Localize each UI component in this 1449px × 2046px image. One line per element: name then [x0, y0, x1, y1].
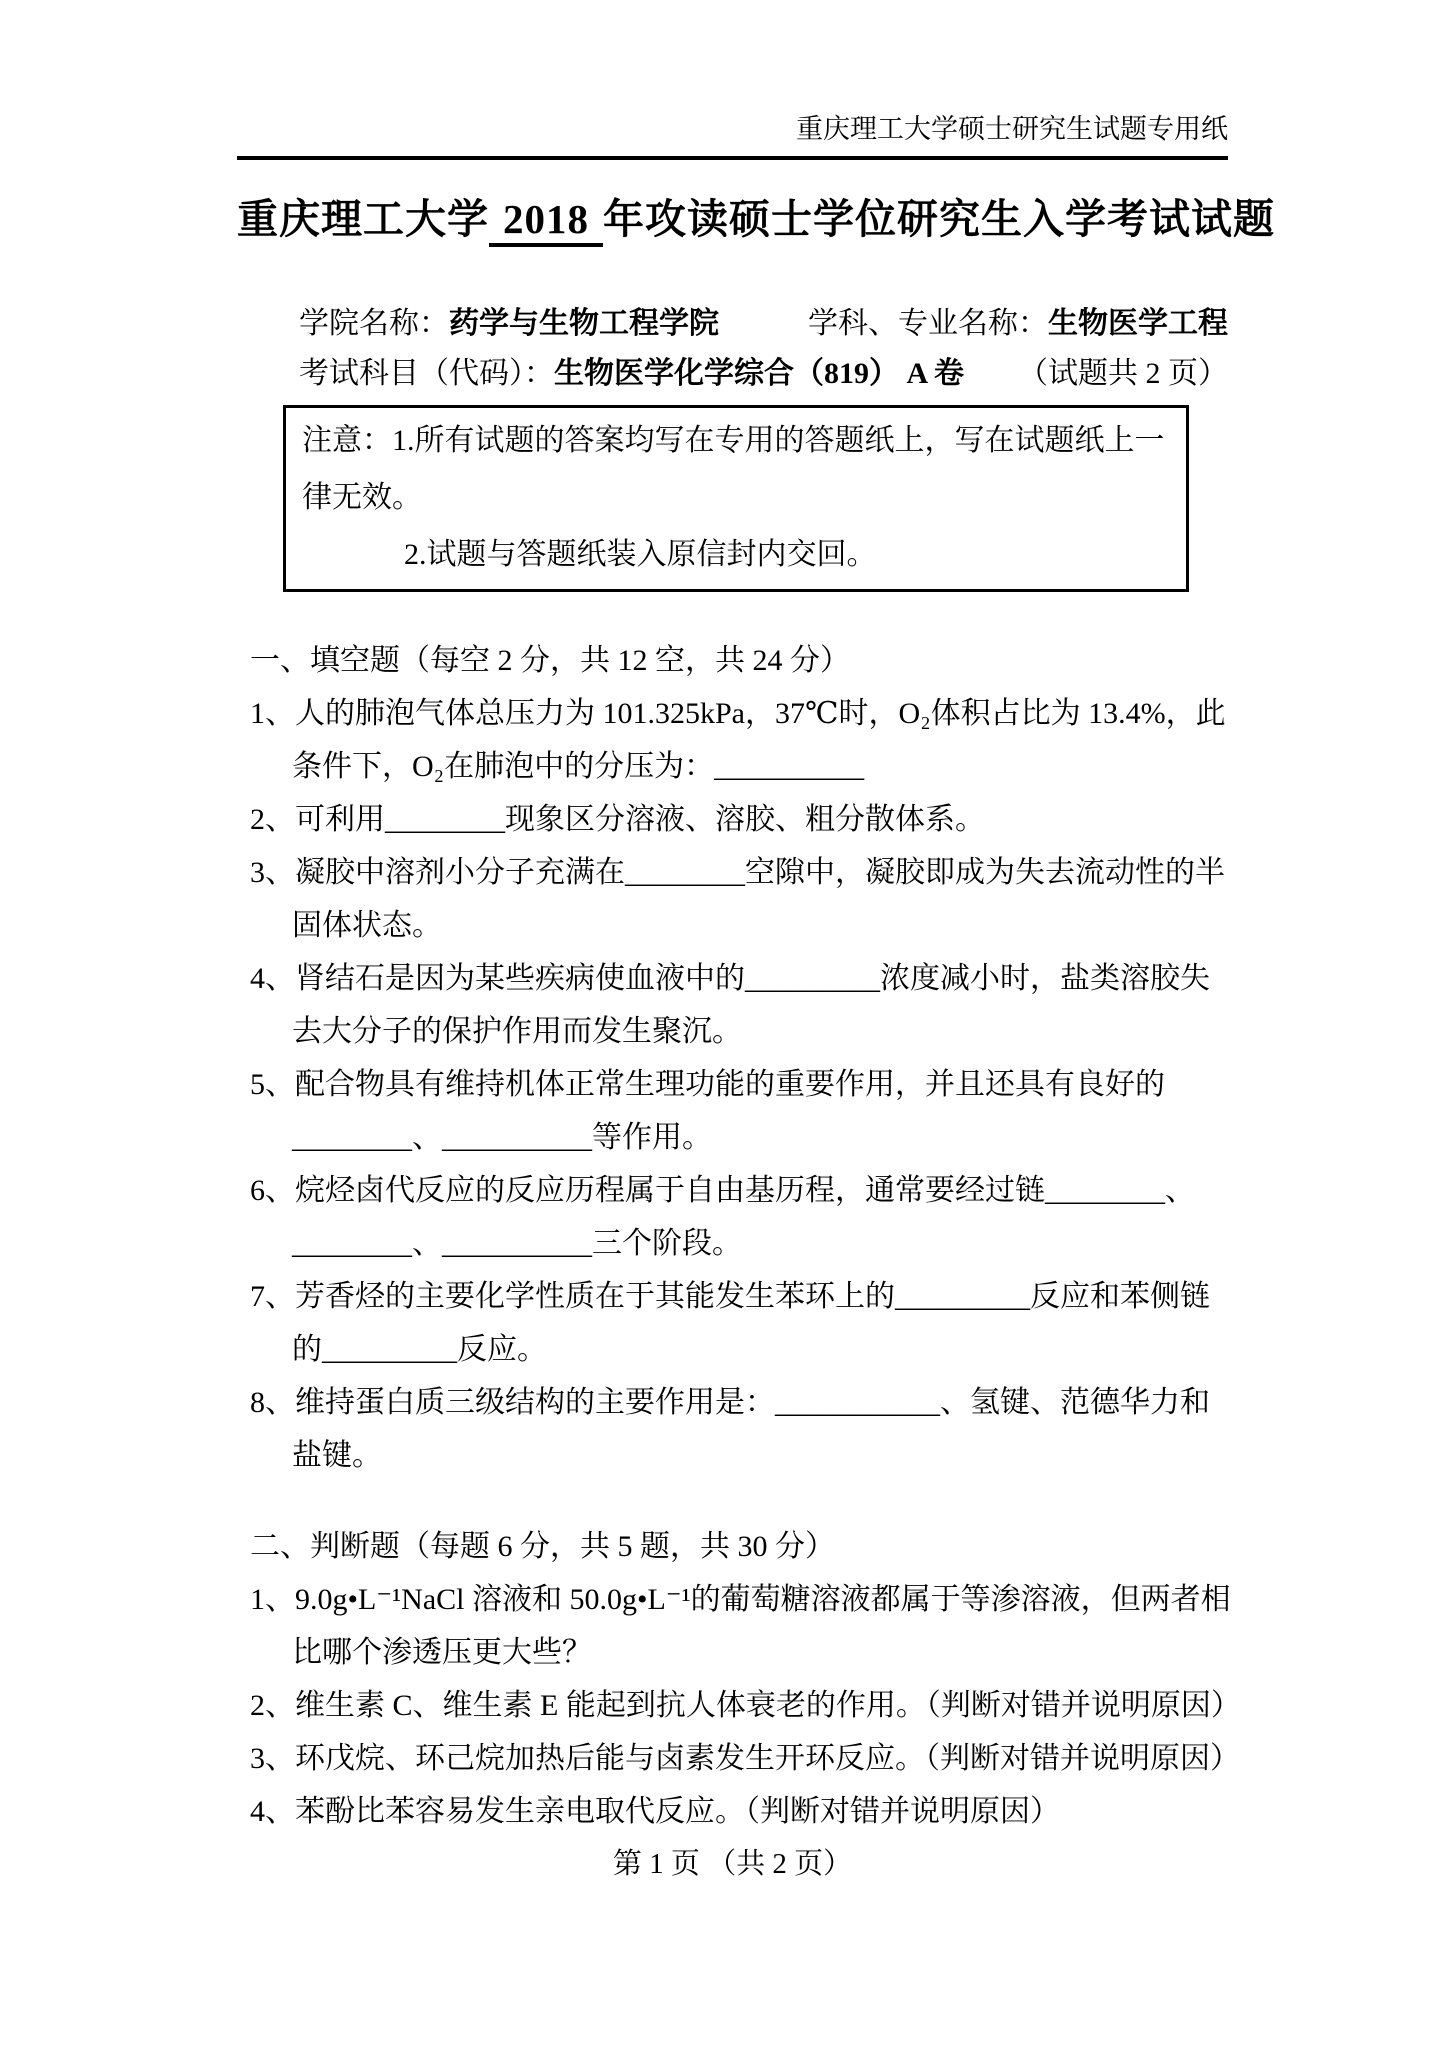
judgement-question-3: 3、环戊烷、环己烷加热后能与卤素发生开环反应。（判断对错并说明原因）: [237, 1732, 1228, 1785]
fill-blank-question-6: 6、烷烃卤代反应的反应历程属于自由基历程，通常要经过链________、 ___…: [237, 1164, 1228, 1270]
notice-line-3: 2.试题与答题纸装入原信封内交回。: [302, 526, 1168, 583]
college-pair: 学院名称：药学与生物工程学院: [299, 299, 719, 349]
major-pair: 学科、专业名称：生物医学工程: [808, 299, 1228, 349]
major-value: 生物医学工程: [1048, 307, 1228, 340]
subject-label: 考试科目（代码）：: [299, 357, 554, 390]
question-line: 7、芳香烃的主要化学性质在于其能发生苯环上的_________反应和苯侧链: [250, 1270, 1228, 1323]
question-line: 盐键。: [292, 1429, 1228, 1482]
question-line: 5、配合物具有维持机体正常生理功能的重要作用，并且还具有良好的: [250, 1058, 1228, 1111]
fill-blank-question-5: 5、配合物具有维持机体正常生理功能的重要作用，并且还具有良好的 ________…: [237, 1058, 1228, 1164]
section-1-heading: 一、填空题（每空 2 分，共 12 空，共 24 分）: [250, 634, 1228, 687]
question-line: 8、维持蛋白质三级结构的主要作用是：___________、氢键、范德华力和: [250, 1376, 1228, 1429]
title-year-underlined: 2018: [489, 197, 603, 247]
subject-value: 生物医学化学综合（819） A 卷: [554, 357, 964, 390]
notice-line-2: 律无效。: [302, 469, 1168, 526]
judgement-question-1: 1、9.0g•L⁻¹NaCl 溶液和 50.0g•L⁻¹的葡萄糖溶液都属于等渗溶…: [237, 1573, 1228, 1679]
fill-blank-question-4: 4、肾结石是因为某些疾病使血液中的_________浓度减小时，盐类溶胶失 去大…: [237, 952, 1228, 1058]
question-line: 的_________反应。: [292, 1323, 1228, 1376]
question-line: 固体状态。: [292, 899, 1228, 952]
fill-blank-question-7: 7、芳香烃的主要化学性质在于其能发生苯环上的_________反应和苯侧链 的_…: [237, 1270, 1228, 1376]
exam-info-block: 学院名称：药学与生物工程学院 学科、专业名称：生物医学工程 考试科目（代码）：生…: [237, 299, 1228, 399]
header-note: 重庆理工大学硕士研究生试题专用纸: [237, 112, 1228, 146]
pages-note: （试题共 2 页）: [1018, 349, 1228, 399]
info-line-college: 学院名称：药学与生物工程学院 学科、专业名称：生物医学工程: [299, 299, 1228, 349]
major-label: 学科、专业名称：: [808, 307, 1048, 340]
fill-blank-question-2: 2、可利用________现象区分溶液、溶胶、粗分散体系。: [237, 793, 1228, 846]
question-line: 2、可利用________现象区分溶液、溶胶、粗分散体系。: [250, 793, 1228, 846]
subject-pair: 考试科目（代码）：生物医学化学综合（819） A 卷: [299, 349, 964, 399]
question-line: 比哪个渗透压更大些？: [292, 1626, 1228, 1679]
question-line: 1、9.0g•L⁻¹NaCl 溶液和 50.0g•L⁻¹的葡萄糖溶液都属于等渗溶…: [250, 1573, 1228, 1626]
question-line: 4、肾结石是因为某些疾病使血液中的_________浓度减小时，盐类溶胶失: [250, 952, 1228, 1005]
page-footer: 第 1 页 （共 2 页）: [237, 1838, 1228, 1891]
section-2-heading: 二、判断题（每题 6 分，共 5 题，共 30 分）: [250, 1520, 1228, 1573]
info-line-subject: 考试科目（代码）：生物医学化学综合（819） A 卷 （试题共 2 页）: [299, 349, 1228, 399]
question-line: 3、环戊烷、环己烷加热后能与卤素发生开环反应。（判断对错并说明原因）: [250, 1732, 1228, 1785]
question-line: ________、__________三个阶段。: [292, 1217, 1228, 1270]
question-line: 去大分子的保护作用而发生聚沉。: [292, 1005, 1228, 1058]
judgement-question-2: 2、维生素 C、维生素 E 能起到抗人体衰老的作用。（判断对错并说明原因）: [237, 1679, 1228, 1732]
question-line: 6、烷烃卤代反应的反应历程属于自由基历程，通常要经过链________、: [250, 1164, 1228, 1217]
exam-paper-page: 重庆理工大学硕士研究生试题专用纸 重庆理工大学2018年攻读硕士学位研究生入学考…: [0, 0, 1449, 2046]
question-line: 2、维生素 C、维生素 E 能起到抗人体衰老的作用。（判断对错并说明原因）: [250, 1679, 1228, 1732]
header-divider: [237, 156, 1228, 160]
college-value: 药学与生物工程学院: [449, 307, 719, 340]
question-line: 4、苯酚比苯容易发生亲电取代反应。（判断对错并说明原因）: [250, 1785, 1228, 1838]
question-line: 条件下，O₂在肺泡中的分压为：__________: [292, 740, 1228, 793]
title-suffix: 年攻读硕士学位研究生入学考试试题: [603, 196, 1275, 242]
exam-title: 重庆理工大学2018年攻读硕士学位研究生入学考试试题: [237, 192, 1228, 247]
page-content: 重庆理工大学硕士研究生试题专用纸 重庆理工大学2018年攻读硕士学位研究生入学考…: [237, 0, 1228, 1891]
question-line: 1、人的肺泡气体总压力为 101.325kPa，37℃时，O₂体积占比为 13.…: [250, 687, 1228, 740]
judgement-question-4: 4、苯酚比苯容易发生亲电取代反应。（判断对错并说明原因）: [237, 1785, 1228, 1838]
notice-line-1: 注意：1.所有试题的答案均写在专用的答题纸上，写在试题纸上一: [302, 412, 1168, 469]
question-line: ________、__________等作用。: [292, 1111, 1228, 1164]
fill-blank-question-1: 1、人的肺泡气体总压力为 101.325kPa，37℃时，O₂体积占比为 13.…: [237, 687, 1228, 793]
notice-box: 注意：1.所有试题的答案均写在专用的答题纸上，写在试题纸上一 律无效。 2.试题…: [283, 405, 1189, 592]
title-prefix: 重庆理工大学: [237, 196, 489, 242]
question-line: 3、凝胶中溶剂小分子充满在________空隙中，凝胶即成为失去流动性的半: [250, 846, 1228, 899]
fill-blank-question-8: 8、维持蛋白质三级结构的主要作用是：___________、氢键、范德华力和 盐…: [237, 1376, 1228, 1482]
fill-blank-question-3: 3、凝胶中溶剂小分子充满在________空隙中，凝胶即成为失去流动性的半 固体…: [237, 846, 1228, 952]
college-label: 学院名称：: [299, 307, 449, 340]
